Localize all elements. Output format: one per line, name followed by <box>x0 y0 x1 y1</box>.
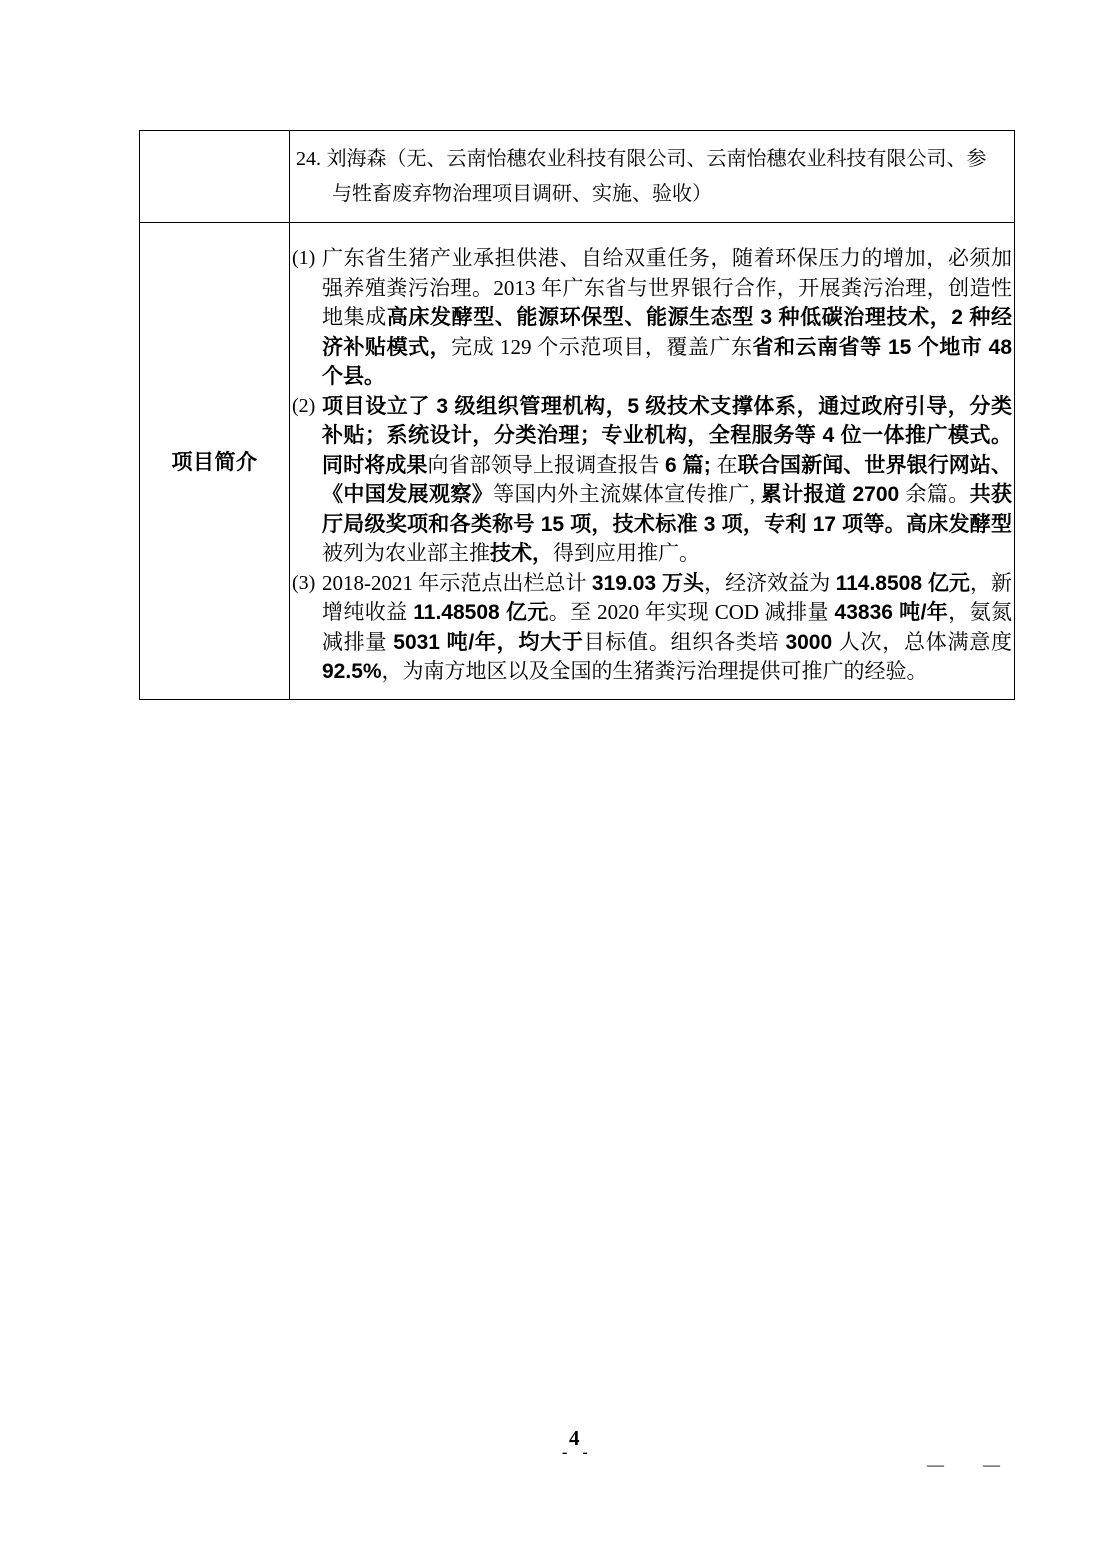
participant-detail: 刘海森（无、云南怡穗农业科技有限公司、云南怡穗农业科技有限公司、参与牲畜废弃物治… <box>327 148 987 205</box>
participant-continuation-row: 24. 刘海森（无、云南怡穗农业科技有限公司、云南怡穗农业科技有限公司、参与牲畜… <box>140 131 1014 223</box>
dash-mark: — <box>927 1455 944 1475</box>
item-text: 广东省生猪产业承担供港、自给双重任务，随着环保压力的增加，必须加强养殖粪污治理。… <box>322 246 1012 388</box>
participant-entry: 24. 刘海森（无、云南怡穗农业科技有限公司、云南怡穗农业科技有限公司、参与牲畜… <box>290 131 1014 222</box>
document-page: 24. 刘海森（无、云南怡穗农业科技有限公司、云南怡穗农业科技有限公司、参与牲畜… <box>0 0 1102 1559</box>
summary-label-cell: 项目简介 <box>140 223 290 699</box>
dash-mark: - <box>562 1444 567 1462</box>
dash-mark: - <box>582 1444 587 1462</box>
summary-label: 项目简介 <box>172 446 258 476</box>
summary-content-cell: (1)广东省生猪产业承担供港、自给双重任务，随着环保压力的增加，必须加强养殖粪污… <box>290 223 1014 699</box>
summary-item: (1)广东省生猪产业承担供港、自给双重任务，随着环保压力的增加，必须加强养殖粪污… <box>292 244 1012 392</box>
item-marker: (3) <box>292 569 315 599</box>
item-marker: (1) <box>292 244 315 274</box>
item-text: 2018-2021 年示范点出栏总计 319.03 万头，经济效益为 114.8… <box>322 571 1012 684</box>
page-number-dashes: - - <box>562 1444 588 1462</box>
participant-entry-text: 24. 刘海森（无、云南怡穗农业科技有限公司、云南怡穗农业科技有限公司、参与牲畜… <box>296 142 1004 212</box>
dash-mark: - <box>562 668 567 686</box>
participant-content-cell: 24. 刘海森（无、云南怡穗农业科技有限公司、云南怡穗农业科技有限公司、参与牲畜… <box>290 131 1014 222</box>
item-marker: (2) <box>292 392 315 422</box>
dash-mark: — <box>983 1455 1000 1475</box>
summary-item: (3)2018-2021 年示范点出栏总计 319.03 万头，经济效益为 11… <box>292 569 1012 687</box>
dash-mark: - <box>580 668 585 686</box>
summary-item: (2)项目设立了 3 级组织管理机构，5 级技术支撑体系，通过政府引导，分类补贴… <box>292 392 1012 569</box>
mid-page-dashes: - - <box>562 668 586 686</box>
project-info-table: 24. 刘海森（无、云南怡穗农业科技有限公司、云南怡穗农业科技有限公司、参与牲畜… <box>139 130 1015 700</box>
participant-number: 24. <box>296 148 321 170</box>
project-summary-row: 项目简介 (1)广东省生猪产业承担供港、自给双重任务，随着环保压力的增加，必须加… <box>140 223 1014 699</box>
empty-label-cell <box>140 131 290 222</box>
bottom-right-dashes: — — <box>927 1455 1000 1475</box>
project-summary-items: (1)广东省生猪产业承担供港、自给双重任务，随着环保压力的增加，必须加强养殖粪污… <box>290 223 1014 699</box>
item-text: 项目设立了 3 级组织管理机构，5 级技术支撑体系，通过政府引导，分类补贴；系统… <box>322 394 1012 566</box>
